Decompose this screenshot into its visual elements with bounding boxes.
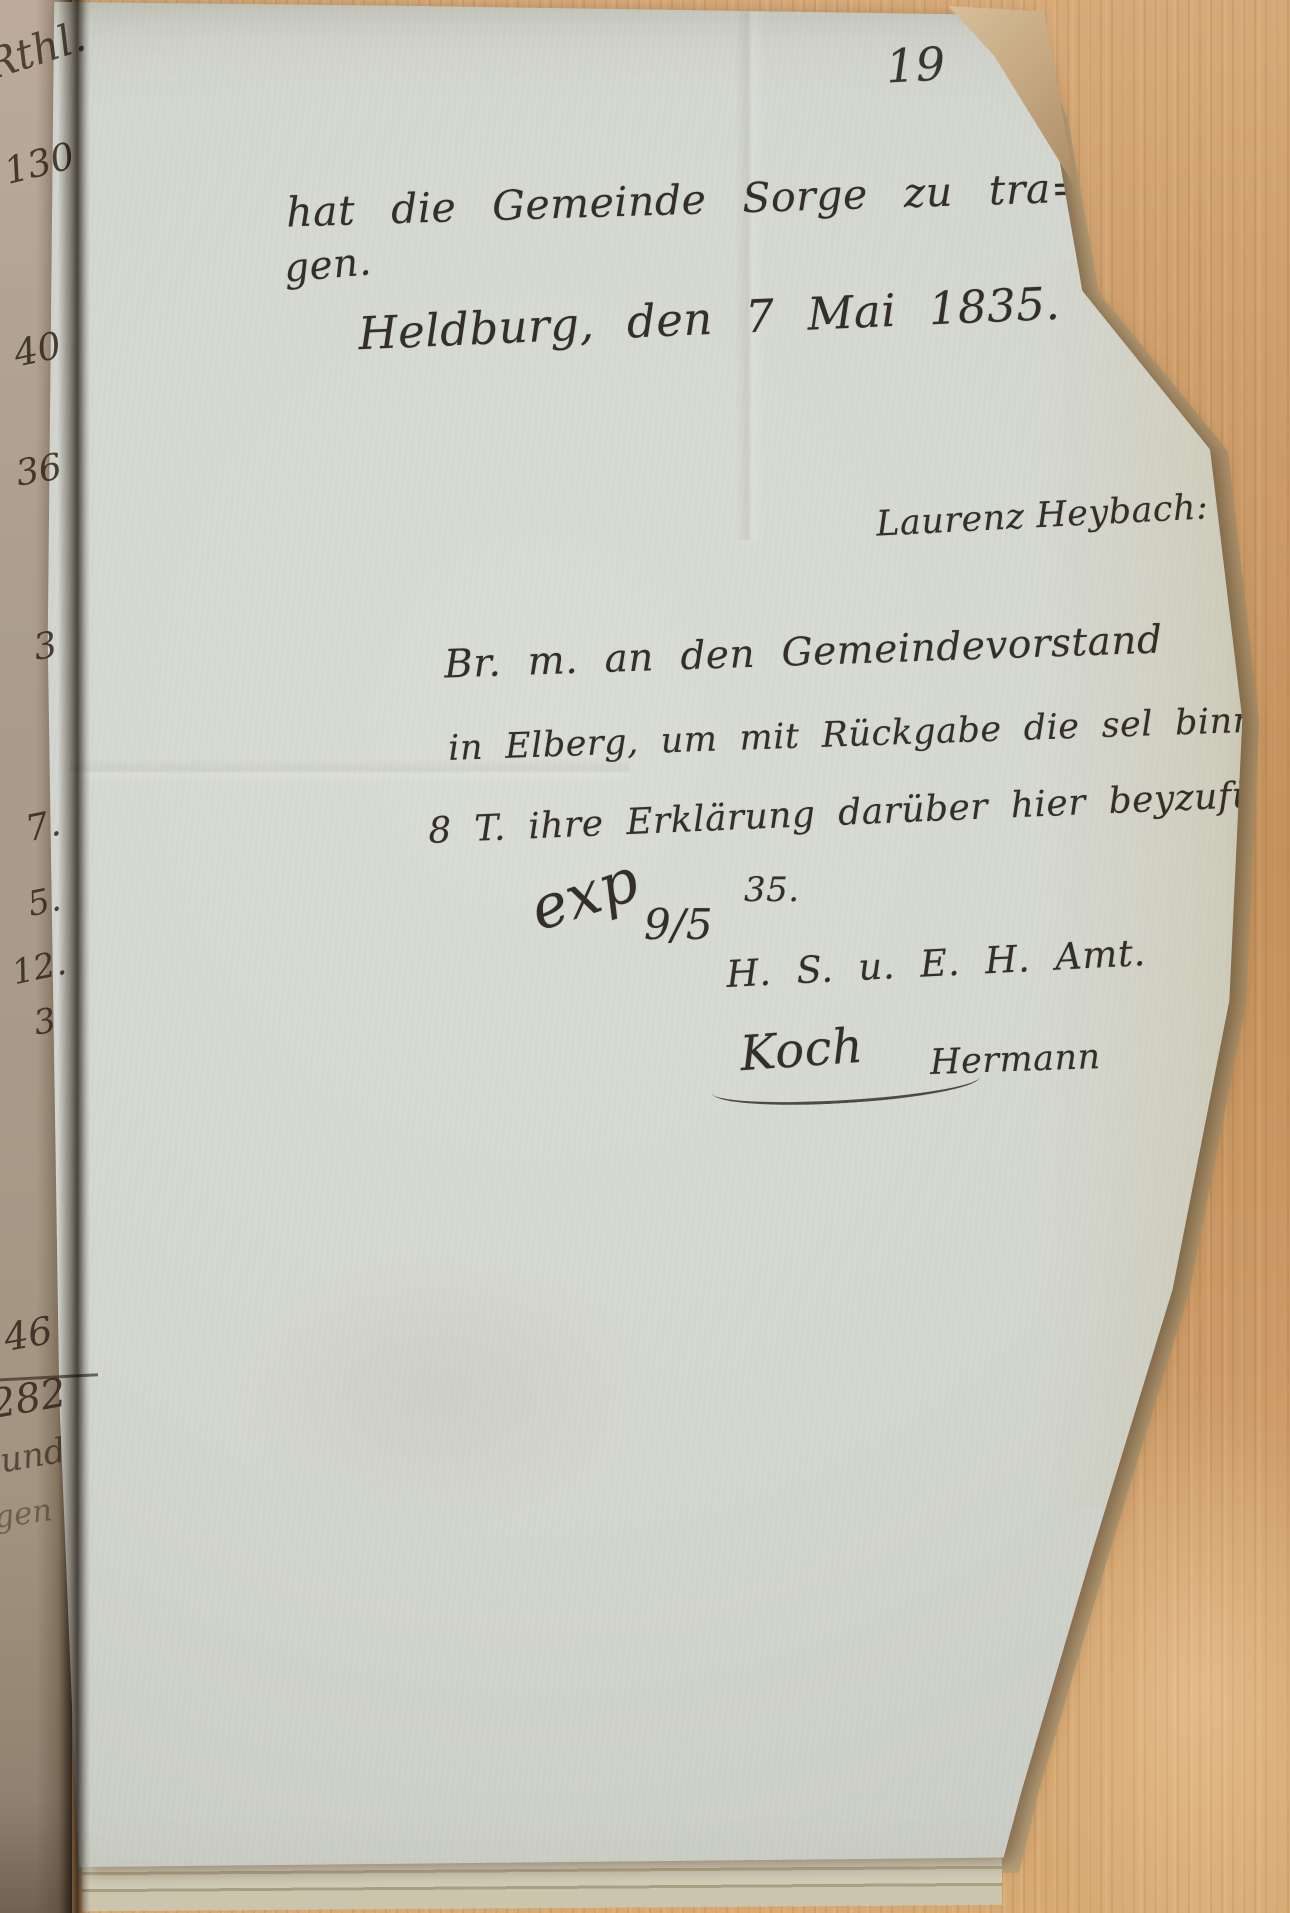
manuscript-page-wrap: 19 hat die Gemeinde Sorge zu tra= gen. H…	[0, 0, 1290, 1913]
page-number: 19	[885, 36, 947, 93]
aged-edge-tint	[1040, 260, 1260, 1510]
official-signature: Hermann	[929, 1037, 1101, 1083]
manuscript-photo: Rthl. 130 40 36 3 7. 5. 12. 3 46 282 und…	[0, 0, 1290, 1913]
book-gutter-shadow	[58, 0, 90, 1913]
paper-stain	[180, 1180, 700, 1600]
expedit-year: 35.	[744, 870, 800, 910]
expedit-date: 9/5	[644, 900, 713, 949]
handwriting-line: gen.	[282, 239, 373, 291]
ledger-value: 46	[1, 1308, 56, 1360]
manuscript-page: 19 hat die Gemeinde Sorge zu tra= gen. H…	[0, 0, 1290, 1913]
vertical-fold-crease	[735, 0, 765, 540]
